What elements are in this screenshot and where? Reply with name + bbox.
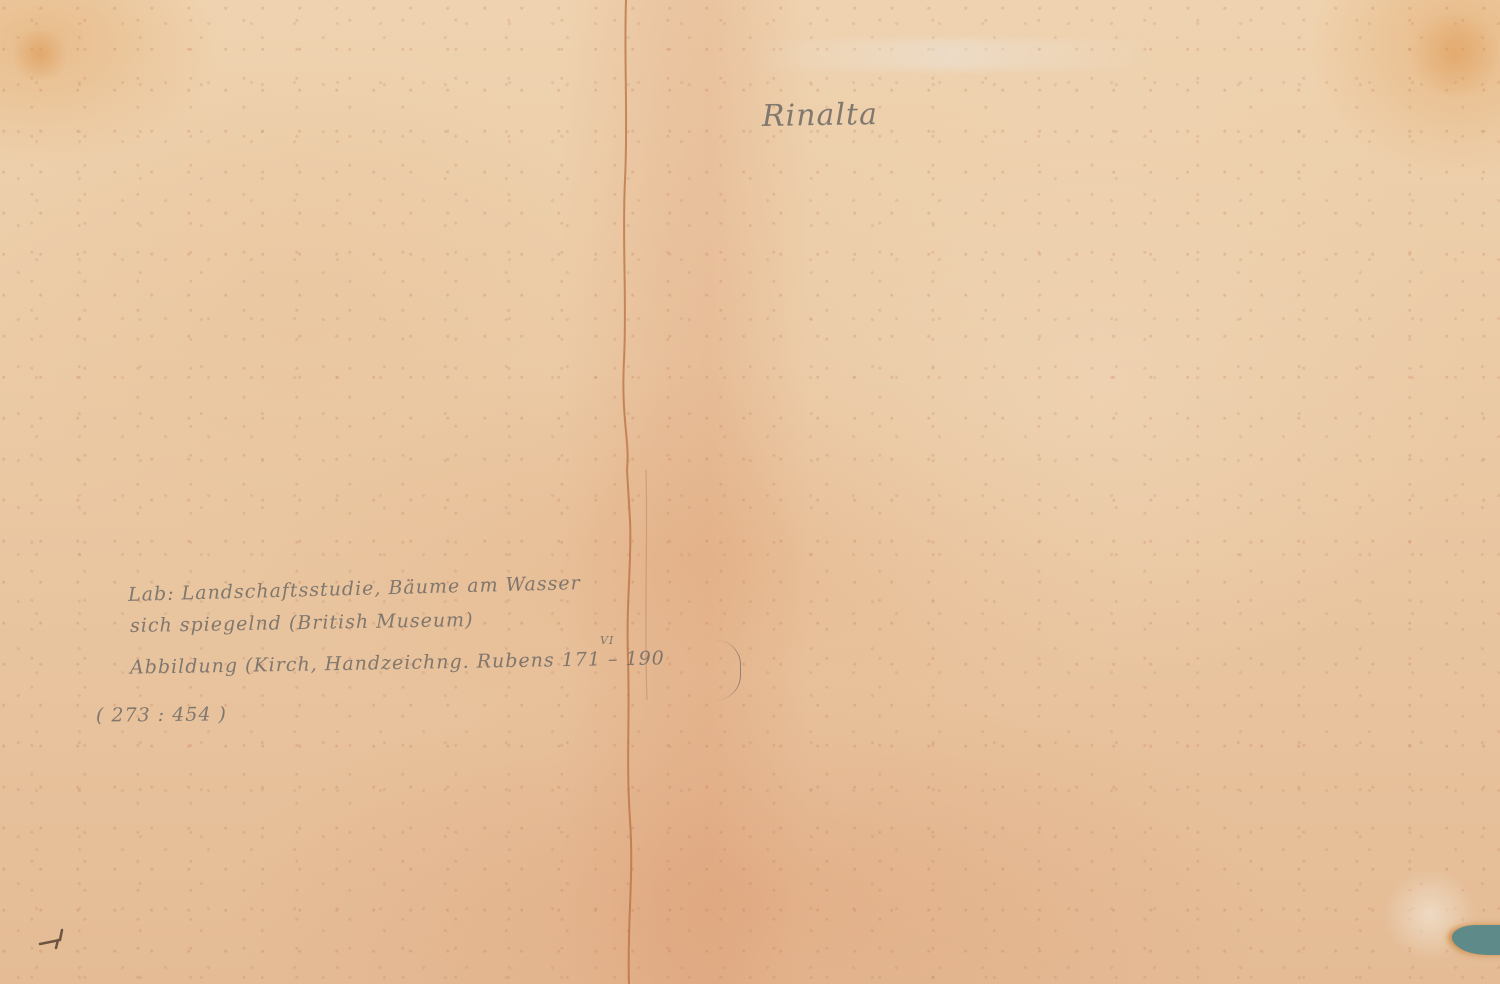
annotation-line-4: ( 273 : 454 ) (96, 703, 227, 726)
stain-top-right (1410, 10, 1500, 100)
top-signature: Rinalta (762, 97, 879, 134)
foxing-speckles (0, 0, 1500, 984)
vertical-crease-line (600, 0, 680, 984)
corner-tick-mark (38, 928, 70, 950)
annotation-superscript: VI (600, 634, 614, 647)
stain-top-left (10, 30, 70, 80)
paper-sheet: Rinalta Lab: Landschaftsstudie, Bäume am… (0, 0, 1500, 984)
top-faded-area (740, 40, 1160, 70)
